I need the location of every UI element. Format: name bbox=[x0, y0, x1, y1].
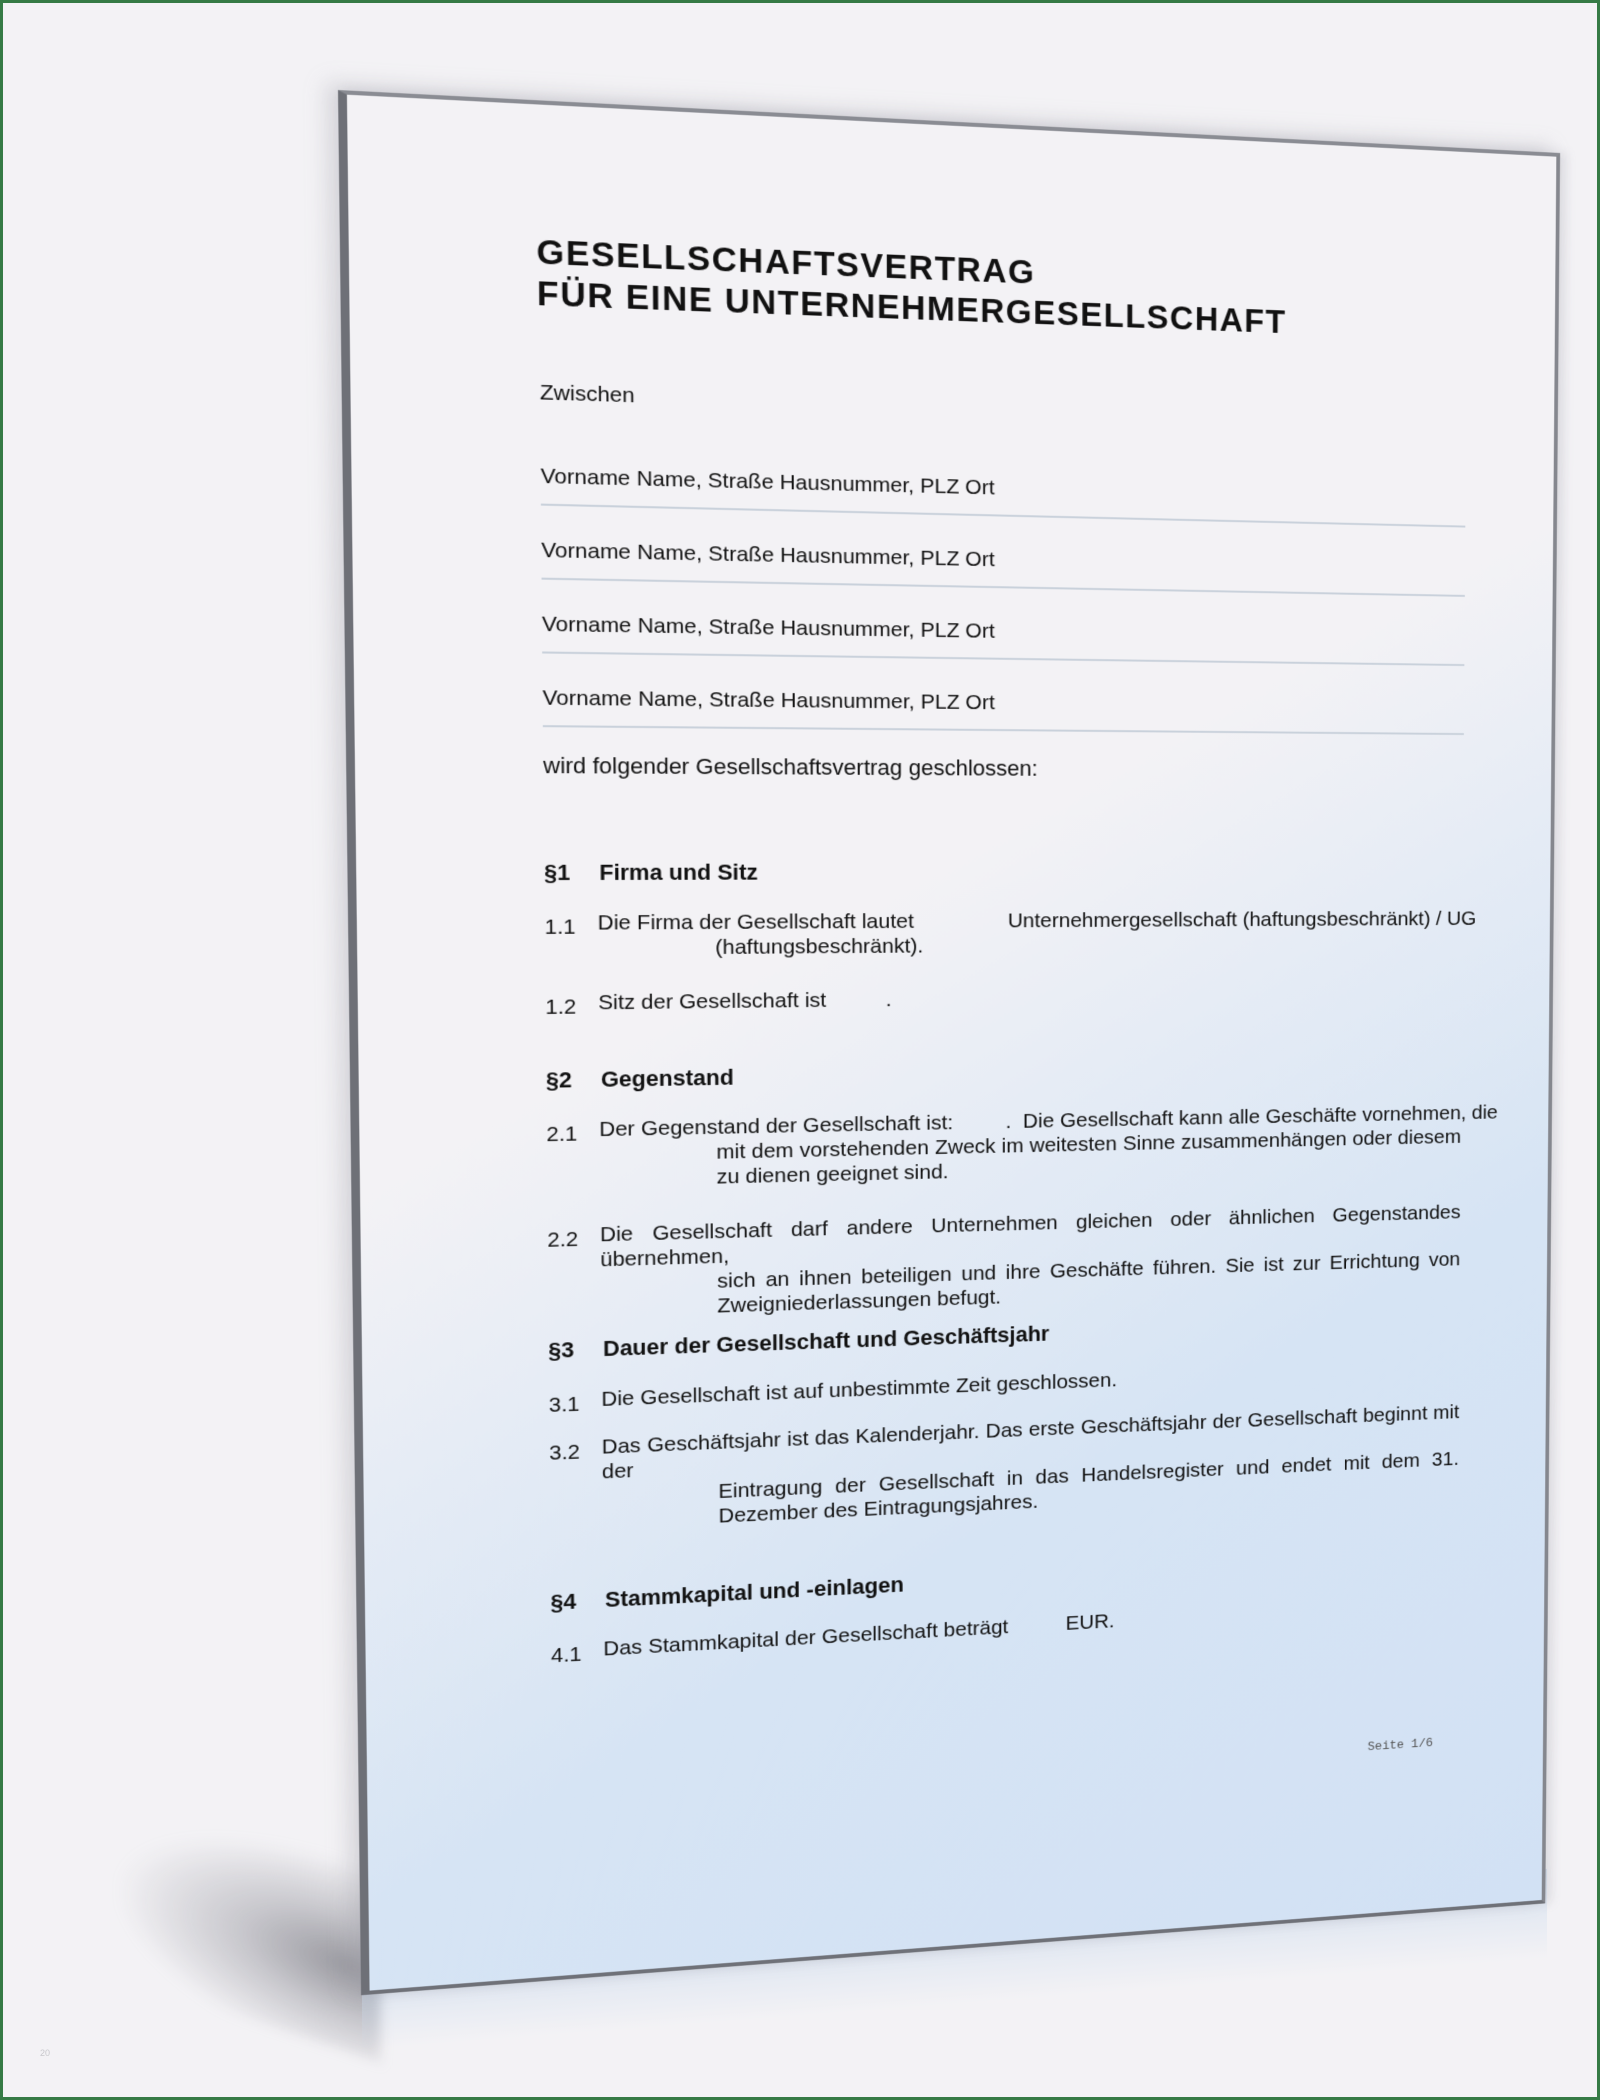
page-number: Seite 1/6 bbox=[1368, 1736, 1433, 1754]
clause-continuation: Eintragung der Gesellschaft in das Hande… bbox=[602, 1447, 1459, 1534]
document-title: GESELLSCHAFTSVERTRAG FÜR EINE UNTERNEHME… bbox=[536, 231, 1286, 342]
party-line: Vorname Name, Straße Hausnummer, PLZ Ort bbox=[541, 464, 1466, 527]
party-line: Vorname Name, Straße Hausnummer, PLZ Ort bbox=[541, 539, 1465, 597]
party-text: Vorname Name, Straße Hausnummer, PLZ Ort bbox=[542, 612, 1465, 650]
section-title: Firma und Sitz bbox=[599, 860, 758, 885]
clause-text: Sitz der Gesellschaft ist . bbox=[598, 988, 891, 1014]
party-text: Vorname Name, Straße Hausnummer, PLZ Ort bbox=[541, 464, 1466, 512]
section-title: Stammkapital und -einlagen bbox=[605, 1572, 904, 1612]
clause-2-1: 2.1 Der Gegenstand der Gesellschaft ist:… bbox=[546, 1101, 1461, 1193]
clause-continuation: (haftungsbeschränkt). bbox=[598, 931, 1463, 961]
corner-mark: 20 bbox=[40, 2048, 50, 2058]
section-heading-1: §1Firma und Sitz bbox=[544, 860, 758, 887]
clause-number: 2.2 bbox=[547, 1227, 578, 1253]
clause-number: 1.2 bbox=[545, 994, 576, 1020]
clause-number: 1.1 bbox=[544, 914, 575, 940]
section-title: Gegenstand bbox=[601, 1065, 734, 1092]
section-heading-2: §2Gegenstand bbox=[546, 1065, 734, 1094]
divider bbox=[542, 651, 1464, 666]
section-number: §2 bbox=[546, 1067, 601, 1094]
clause-number: 4.1 bbox=[551, 1642, 582, 1668]
clause-1-2: 1.2 Sitz der Gesellschaft ist . bbox=[545, 982, 1462, 1016]
clause-text: Das Stammkapital der Gesellschaft beträg… bbox=[603, 1610, 1114, 1660]
section-number: §4 bbox=[550, 1587, 605, 1616]
intro-text: Zwischen bbox=[540, 381, 635, 409]
divider bbox=[543, 725, 1464, 735]
section-heading-4: §4Stammkapital und -einlagen bbox=[550, 1572, 904, 1616]
clause-text: Die Gesellschaft ist auf unbestimmte Zei… bbox=[601, 1369, 1117, 1411]
clause-1-1: 1.1 Die Firma der Gesellschaft lautet Un… bbox=[544, 907, 1462, 961]
document-page: GESELLSCHAFTSVERTRAG FÜR EINE UNTERNEHME… bbox=[338, 90, 1560, 1995]
clause-3-2: 3.2 Das Geschäftsjahr ist das Kalenderja… bbox=[549, 1400, 1459, 1536]
page-floor-shadow bbox=[120, 1788, 380, 2062]
party-line: Vorname Name, Straße Hausnummer, PLZ Ort bbox=[542, 612, 1465, 666]
section-number: §3 bbox=[548, 1336, 603, 1364]
clause-text: Die Firma der Gesellschaft lautet Untern… bbox=[598, 908, 1477, 935]
closing-text: wird folgender Gesellschaftsvertrag gesc… bbox=[543, 753, 1038, 782]
divider bbox=[542, 578, 1465, 597]
clause-number: 3.1 bbox=[549, 1392, 580, 1418]
section-heading-3: §3Dauer der Gesellschaft und Geschäftsja… bbox=[548, 1321, 1049, 1364]
party-line: Vorname Name, Straße Hausnummer, PLZ Ort bbox=[542, 686, 1464, 735]
clause-continuation: sich an ihnen beteiligen und ihre Geschä… bbox=[600, 1247, 1460, 1322]
clause-number: 3.2 bbox=[549, 1440, 580, 1466]
clause-number: 2.1 bbox=[546, 1121, 577, 1147]
section-title: Dauer der Gesellschaft und Geschäftsjahr bbox=[603, 1321, 1049, 1361]
party-text: Vorname Name, Straße Hausnummer, PLZ Ort bbox=[542, 686, 1464, 719]
clause-2-2: 2.2 Die Gesellschaft darf andere Unterne… bbox=[547, 1200, 1460, 1324]
section-number: §1 bbox=[544, 860, 599, 886]
party-text: Vorname Name, Straße Hausnummer, PLZ Ort bbox=[541, 539, 1465, 582]
page-sheet: GESELLSCHAFTSVERTRAG FÜR EINE UNTERNEHME… bbox=[338, 90, 1560, 1995]
